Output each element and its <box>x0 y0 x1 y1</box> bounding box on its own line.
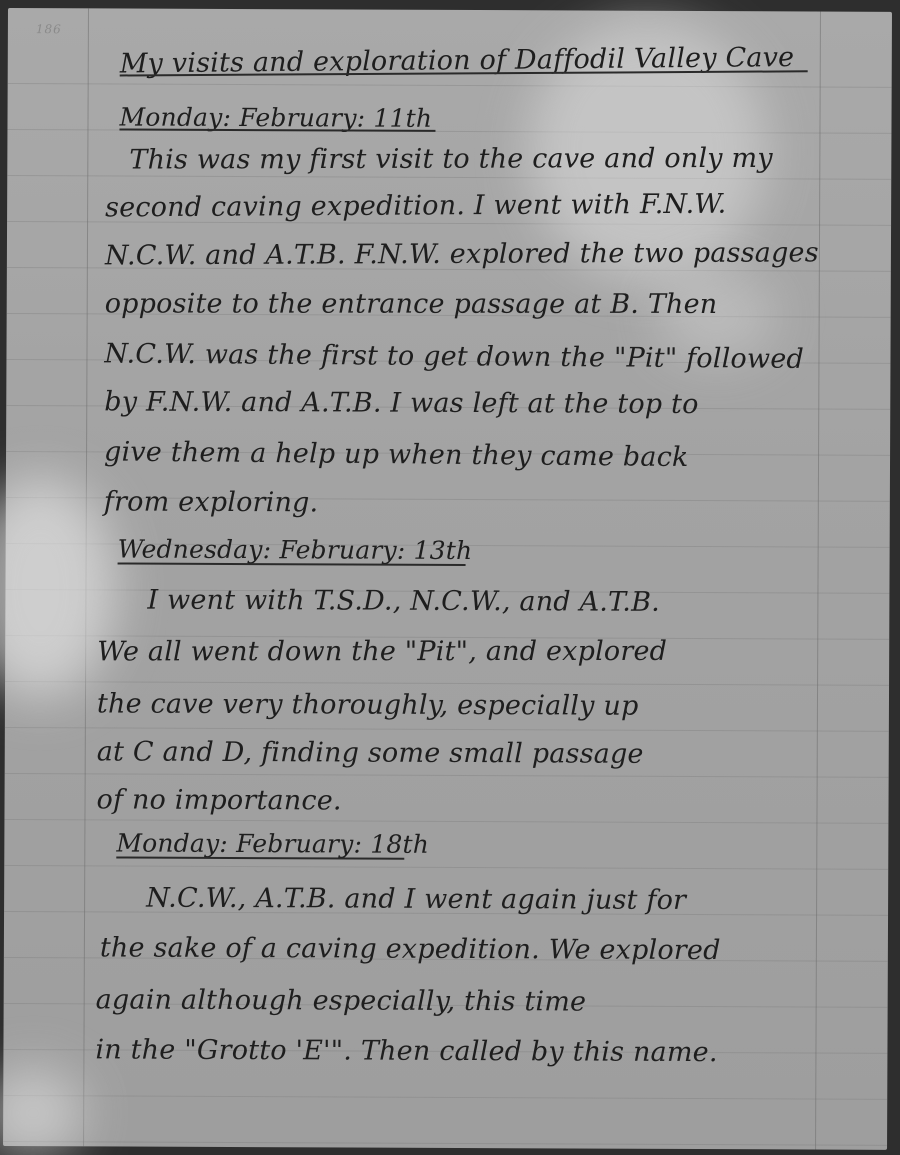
entry-line: at C and D, finding some small passage <box>97 736 644 769</box>
entry-line: the sake of a caving expedition. We expl… <box>100 932 721 966</box>
entry-line: of no importance. <box>96 784 341 816</box>
entry-line: N.C.W. and A.T.B. F.N.W. explored the tw… <box>105 237 819 271</box>
entry-line: N.C.W., A.T.B. and I went again just for <box>146 883 686 916</box>
entry-date-heading: Wednesday: February: 13th <box>118 534 473 565</box>
entry-line: give them a help up when they came back <box>104 436 689 473</box>
entry-line: I went with T.S.D., N.C.W., and A.T.B. <box>147 585 660 618</box>
entry-line: opposite to the entrance passage at B. T… <box>105 288 718 320</box>
entry-line: We all went down the "Pit", and explored <box>97 636 667 667</box>
page-number: 186 <box>36 22 62 36</box>
entry-line: again although especially, this time <box>96 984 587 1017</box>
entry-line: from exploring. <box>104 486 319 518</box>
scanned-notebook-page: 186 My visits and exploration of Daffodi… <box>0 0 900 1155</box>
entry-line: second caving expedition. I went with F.… <box>105 189 726 224</box>
entry-line: N.C.W. was the first to get down the "Pi… <box>104 338 804 374</box>
ruled-lines <box>3 8 892 1150</box>
entry-line: by F.N.W. and A.T.B. I was left at the t… <box>104 386 698 420</box>
entry-line: This was my first visit to the cave and … <box>129 143 773 176</box>
entry-line: in the "Grotto 'E'". Then called by this… <box>95 1034 717 1068</box>
entry-date-heading: Monday: February: 18th <box>116 828 429 858</box>
entry-line: the cave very thoroughly, especially up <box>97 688 639 721</box>
notebook-page: 186 My visits and exploration of Daffodi… <box>3 8 892 1150</box>
